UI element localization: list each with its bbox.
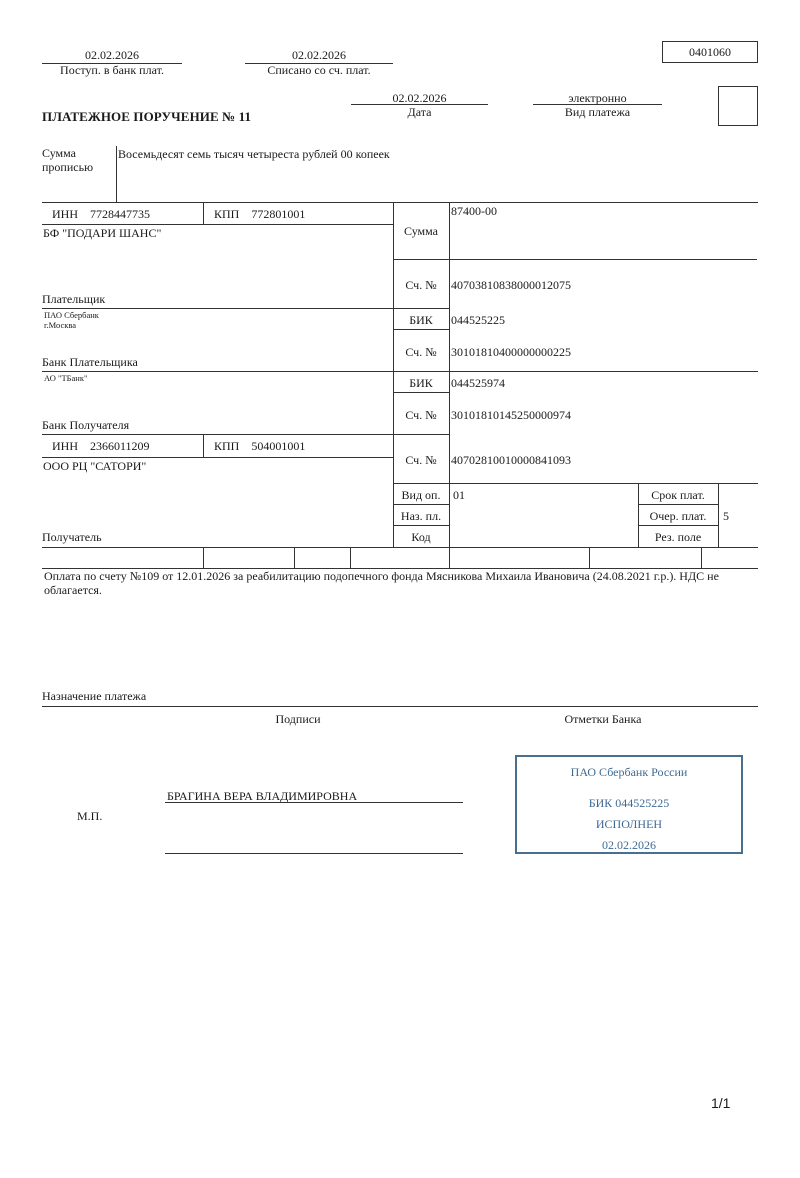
grid-line (393, 259, 757, 260)
grid-line (393, 504, 449, 505)
grid-line (42, 547, 758, 548)
payee-inn-value: 2366011209 (90, 439, 150, 453)
grid-line (718, 483, 719, 547)
status-box (718, 86, 758, 126)
grid-line (393, 525, 449, 526)
payee-bank-bik-label: БИК (393, 376, 449, 390)
payer-amount-label: Сумма (393, 224, 449, 238)
stamp-date: 02.02.2026 (517, 838, 741, 853)
grid-line (701, 547, 702, 568)
payer-kpp: КПП 772801001 (214, 207, 305, 221)
grid-line (42, 224, 393, 225)
grid-line (638, 504, 718, 505)
payer-inn: ИНН 7728447735 (52, 207, 150, 221)
payee-bank-account-label: Сч. № (393, 408, 449, 422)
amount-words-label-line2: прописью (42, 160, 93, 174)
form-code-box: 0401060 (662, 41, 758, 63)
received-label: Поступ. в банк плат. (42, 63, 182, 77)
purpose-text: Оплата по счету №109 от 12.01.2026 за ре… (44, 569, 764, 597)
page-title: ПЛАТЕЖНОЕ ПОРУЧЕНИЕ № 11 (42, 109, 251, 125)
payee-kpp-value: 504001001 (251, 439, 305, 453)
payee-bank-bik: 044525974 (451, 376, 505, 390)
document-date: 02.02.2026 (351, 91, 488, 105)
payee-bank-name: АО "ТБанк" (44, 373, 87, 383)
grid-line (203, 202, 204, 224)
signature-line-2 (165, 853, 463, 854)
grid-line (449, 202, 450, 568)
reserve-label: Рез. поле (638, 530, 718, 544)
bank-marks-label: Отметки Банка (553, 712, 653, 726)
payer-bank-name-line2: г.Москва (44, 320, 99, 330)
payer-bank-name: ПАО Сбербанк г.Москва (44, 310, 99, 330)
priority-label: Очер. плат. (638, 509, 718, 523)
grid-line (42, 371, 758, 372)
grid-line (203, 434, 204, 457)
grid-line (350, 547, 351, 568)
payer-bank-name-line1: ПАО Сбербанк (44, 310, 99, 320)
payee-name: ООО РЦ "САТОРИ" (43, 459, 146, 473)
grid-line (393, 483, 758, 484)
payment-type-label: Вид платежа (533, 105, 662, 119)
payer-kpp-value: 772801001 (251, 207, 305, 221)
grid-line (589, 547, 590, 568)
signer-name: БРАГИНА ВЕРА ВЛАДИМИРОВНА (167, 789, 357, 803)
payee-account-label: Сч. № (393, 453, 449, 467)
stamp-bik: БИК 044525225 (517, 796, 741, 811)
priority-value: 5 (723, 509, 729, 523)
code-label: Код (393, 530, 449, 544)
payee-label: Получатель (42, 530, 102, 544)
payer-bank-account-label: Сч. № (393, 345, 449, 359)
payee-bank-label: Банк Получателя (42, 418, 129, 432)
payee-bank-account: 30101810145250000974 (451, 408, 571, 422)
grid-line (42, 202, 758, 203)
purpose-label: Назначение платежа (42, 689, 146, 703)
debited-date: 02.02.2026 (245, 48, 393, 62)
received-date: 02.02.2026 (42, 48, 182, 62)
amount-words-value: Восемьдесят семь тысяч четыреста рублей … (118, 147, 390, 161)
payer-account: 40703810838000012075 (451, 278, 571, 292)
grid-line (294, 547, 295, 568)
payer-inn-value: 7728447735 (90, 207, 150, 221)
grid-line (42, 457, 393, 458)
payee-inn: ИНН 2366011209 (52, 439, 150, 453)
purpose-code-label: Наз. пл. (393, 509, 449, 523)
grid-line (393, 392, 449, 393)
payer-bank-bik-label: БИК (393, 313, 449, 327)
amount-words-label-line1: Сумма (42, 146, 93, 160)
payer-bank-bik: 044525225 (451, 313, 505, 327)
page-number: 1/1 (711, 1095, 730, 1111)
op-type-value: 01 (453, 488, 465, 502)
grid-line (203, 547, 204, 568)
stamp-status: ИСПОЛНЕН (517, 817, 741, 832)
grid-line (393, 329, 449, 330)
signature-line-1 (165, 802, 463, 803)
payer-kpp-label: КПП (214, 207, 239, 221)
amount-words-divider (116, 146, 117, 202)
payee-kpp-label: КПП (214, 439, 239, 453)
debited-label: Списано со сч. плат. (245, 63, 393, 77)
grid-line (638, 525, 718, 526)
amount-words-label: Сумма прописью (42, 146, 93, 174)
seal-label: М.П. (77, 809, 102, 823)
form-code: 0401060 (689, 45, 731, 59)
signatures-label: Подписи (248, 712, 348, 726)
due-label: Срок плат. (638, 488, 718, 502)
payer-amount: 87400-00 (451, 204, 497, 218)
grid-line (42, 434, 449, 435)
payment-type: электронно (533, 91, 662, 105)
stamp-bank-name: ПАО Сбербанк России (517, 765, 741, 780)
op-type-label: Вид оп. (393, 488, 449, 502)
payer-account-label: Сч. № (393, 278, 449, 292)
payee-account: 40702810010000841093 (451, 453, 571, 467)
payee-inn-label: ИНН (52, 439, 78, 453)
payee-kpp: КПП 504001001 (214, 439, 305, 453)
purpose-line (42, 706, 758, 707)
document-date-label: Дата (351, 105, 488, 119)
payer-inn-label: ИНН (52, 207, 78, 221)
payer-name: БФ "ПОДАРИ ШАНС" (43, 226, 161, 240)
bank-stamp: ПАО Сбербанк России БИК 044525225 ИСПОЛН… (515, 755, 743, 854)
grid-line (42, 308, 449, 309)
payer-bank-label: Банк Плательщика (42, 355, 138, 369)
payer-label: Плательщик (42, 292, 105, 306)
payer-bank-account: 30101810400000000225 (451, 345, 571, 359)
